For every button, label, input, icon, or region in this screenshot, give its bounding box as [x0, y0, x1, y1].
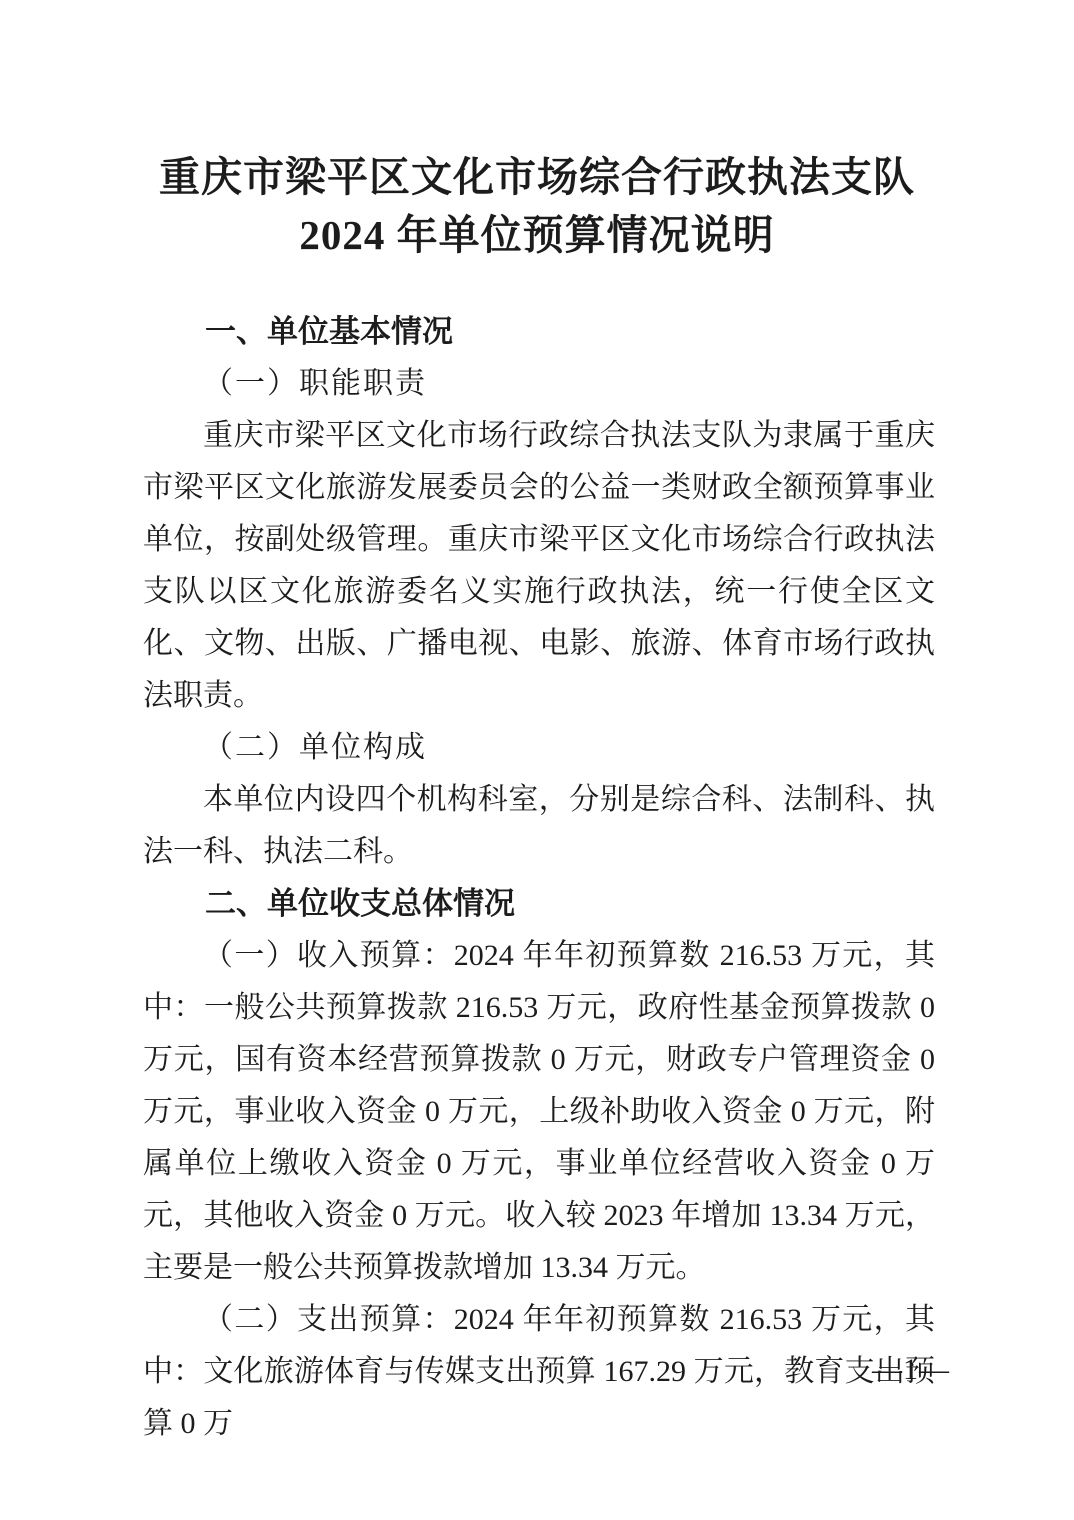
- sub-heading: （一）职能职责: [143, 358, 935, 410]
- sub-heading: （二）单位构成: [143, 722, 935, 774]
- paragraph: 本单位内设四个机构科室，分别是综合科、法制科、执法一科、执法二科。: [143, 774, 935, 878]
- paragraph: 重庆市梁平区文化市场行政综合执法支队为隶属于重庆市梁平区文化旅游发展委员会的公益…: [143, 410, 935, 722]
- document-title: 重庆市梁平区文化市场综合行政执法支队 2024 年单位预算情况说明: [0, 0, 1074, 264]
- document-page: 重庆市梁平区文化市场综合行政执法支队 2024 年单位预算情况说明 一、单位基本…: [0, 0, 1074, 1520]
- paragraph: （二）支出预算：2024 年年初预算数 216.53 万元，其中：文化旅游体育与…: [143, 1294, 935, 1450]
- section-heading: 二、单位收支总体情况: [143, 878, 935, 930]
- document-title-line2: 2024 年单位预算情况说明: [0, 206, 1074, 264]
- paragraph: （一）收入预算：2024 年年初预算数 216.53 万元，其中：一般公共预算拨…: [143, 930, 935, 1294]
- document-title-line1: 重庆市梁平区文化市场综合行政执法支队: [0, 148, 1074, 206]
- section-heading: 一、单位基本情况: [143, 306, 935, 358]
- document-body: 一、单位基本情况（一）职能职责重庆市梁平区文化市场行政综合执法支队为隶属于重庆市…: [143, 306, 935, 1450]
- page-number: —1—: [872, 1350, 950, 1390]
